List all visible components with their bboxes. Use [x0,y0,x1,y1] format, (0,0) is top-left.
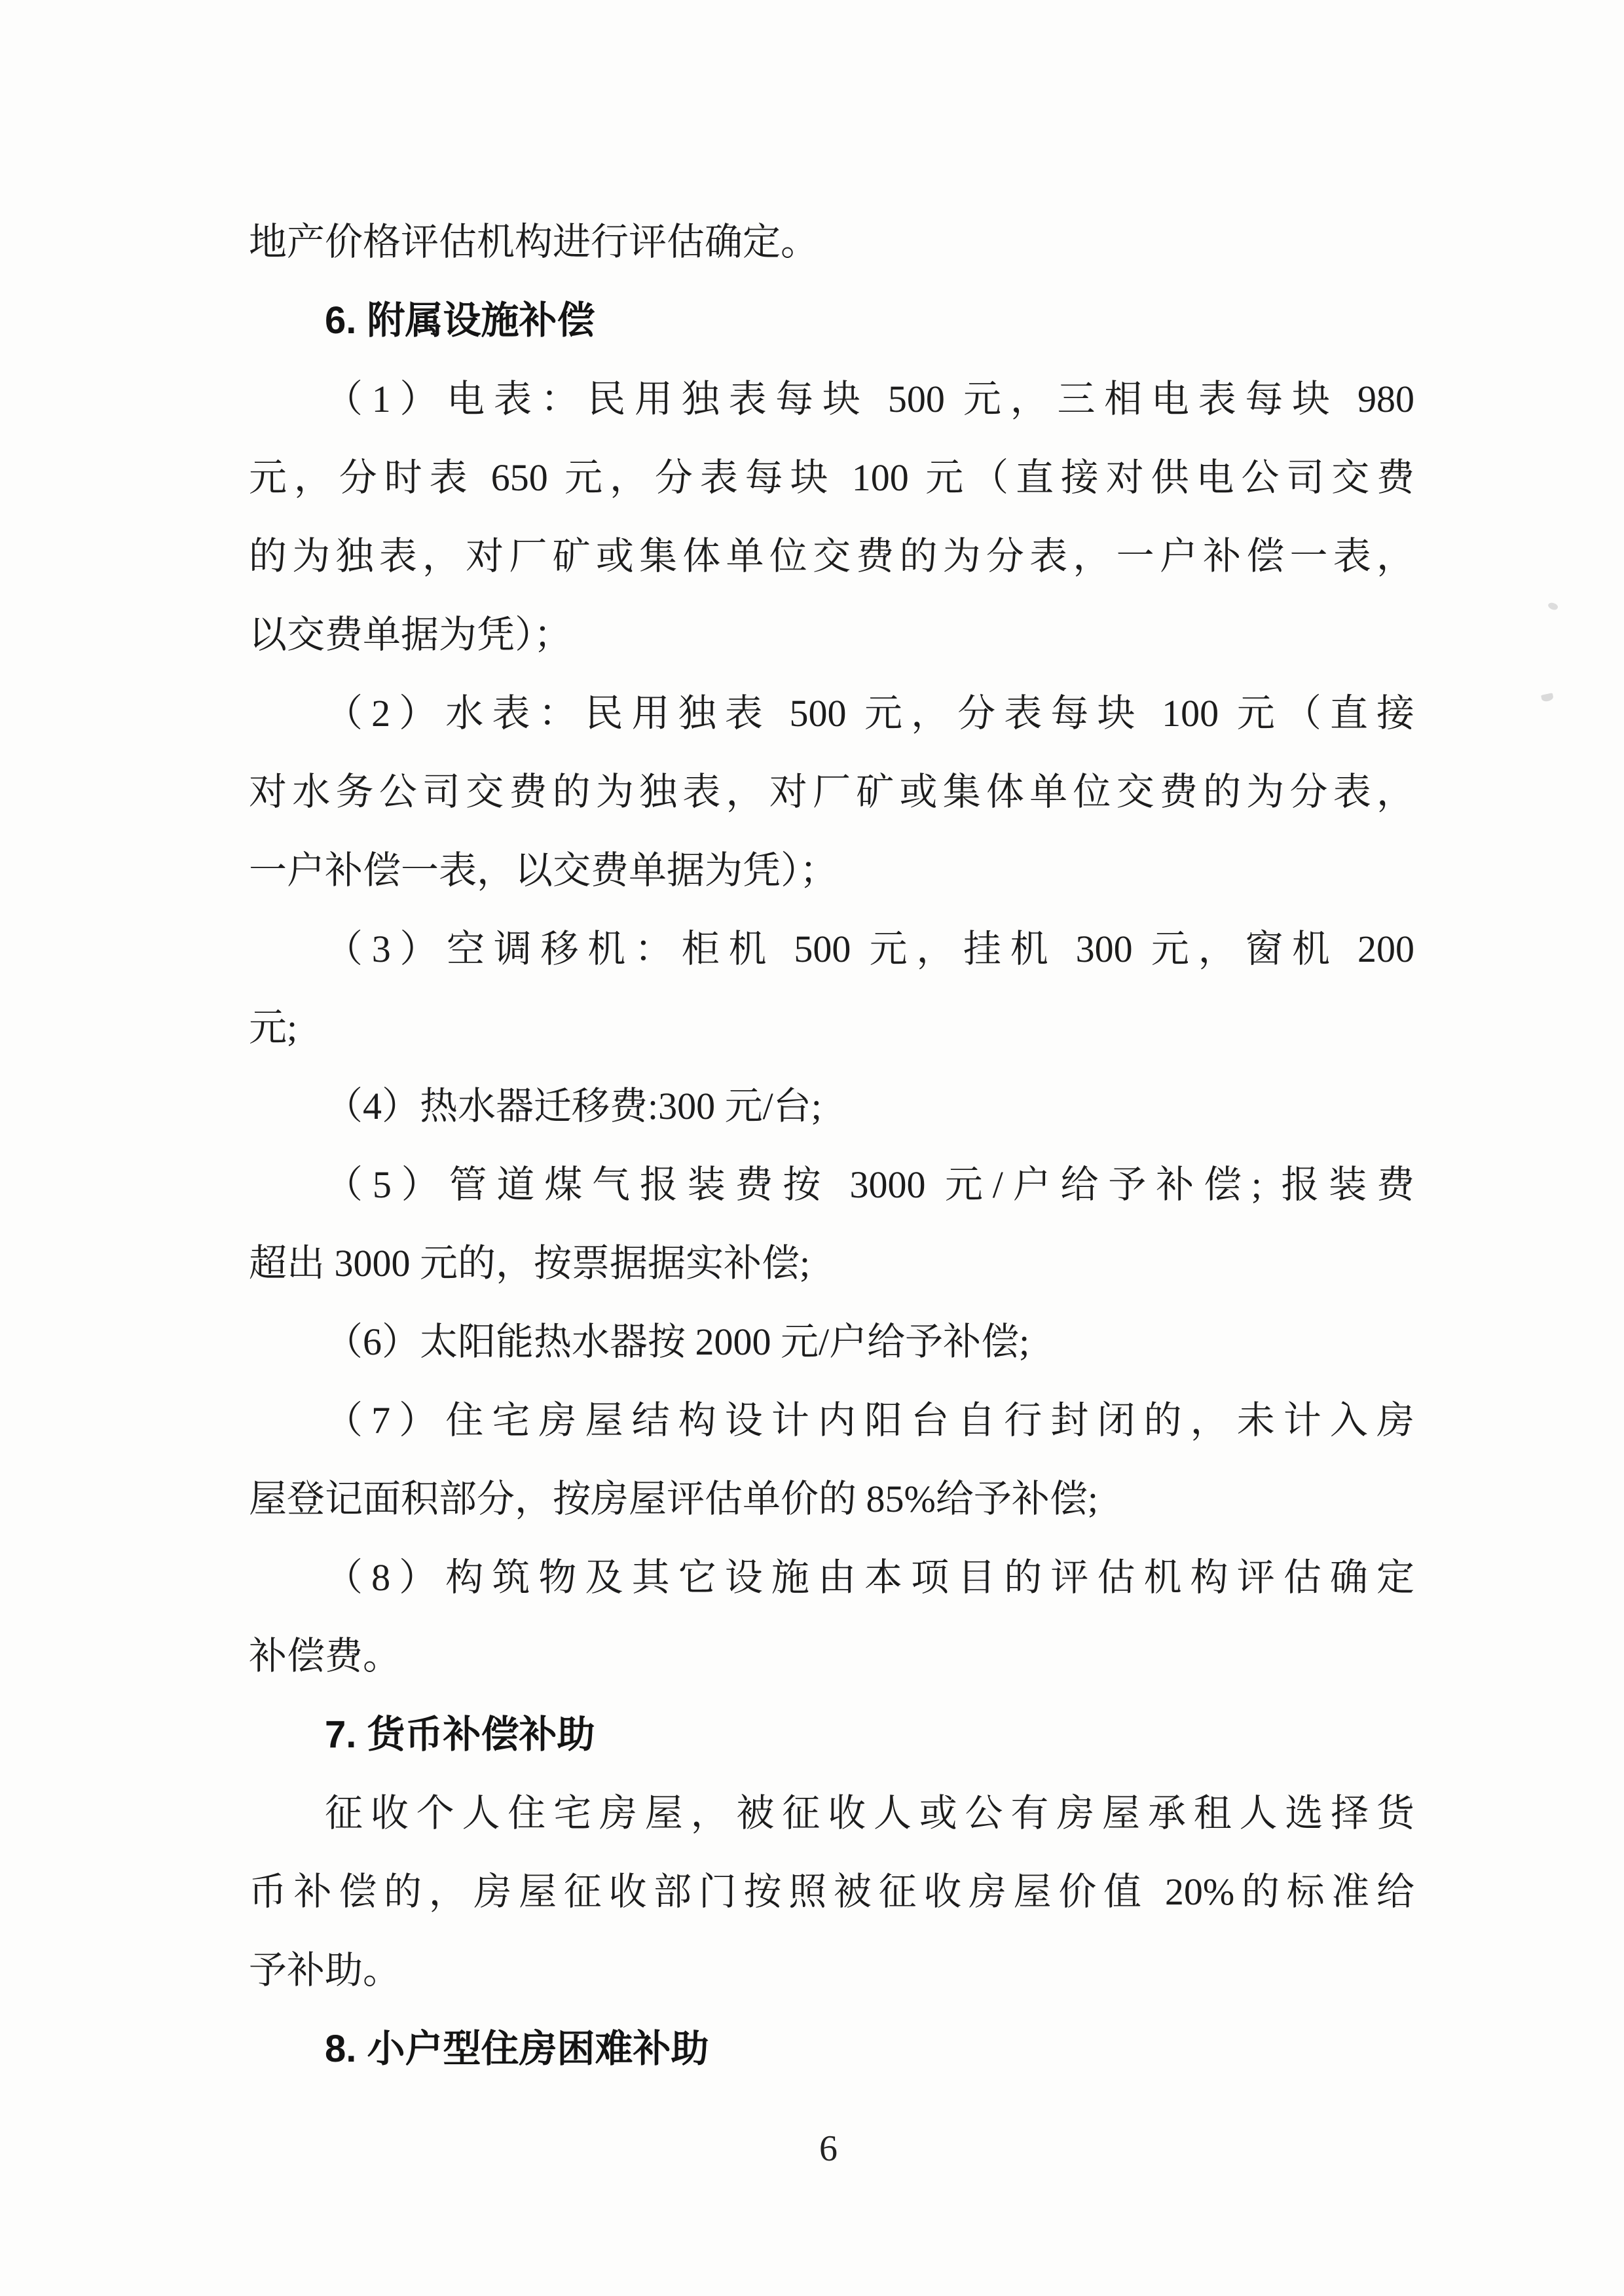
text-line: 元; [249,989,1414,1067]
text-line: （1）电表：民用独表每块 500 元，三相电表每块 980 [249,360,1414,439]
text-line: （4）热水器迁移费:300 元/台; [249,1067,1414,1146]
text-line: （2）水表：民用独表 500 元，分表每块 100 元（直接 [249,674,1414,753]
text-line: （6）太阳能热水器按 2000 元/户给予补偿; [249,1303,1414,1381]
text-line: （3）空调移机：柜机 500 元，挂机 300 元，窗机 200 [249,910,1414,989]
text-line: 一户补偿一表，以交费单据为凭）； [249,831,1414,910]
section-heading-6: 6. 附属设施补偿 [249,282,1414,360]
scan-artifact [1547,601,1559,611]
text-line: 元，分时表 650 元，分表每块 100 元（直接对供电公司交费 [249,439,1414,517]
section-heading-7: 7. 货币补偿补助 [249,1696,1414,1774]
scan-artifact [1541,693,1554,702]
text-line: 屋登记面积部分，按房屋评估单价的 85%给予补偿; [249,1460,1414,1539]
text-line: 超出 3000 元的，按票据据实补偿; [249,1224,1414,1303]
text-line: 补偿费。 [249,1617,1414,1696]
text-line: （8）构筑物及其它设施由本项目的评估机构评估确定 [249,1539,1414,1617]
text-line: 对水务公司交费的为独表，对厂矿或集体单位交费的为分表， [249,753,1414,831]
text-line: 的为独表，对厂矿或集体单位交费的为分表，一户补偿一表， [249,517,1414,596]
text-line: 予补助。 [249,1931,1414,2010]
scanned-document-page: 地产价格评估机构进行评估确定。 6. 附属设施补偿 （1）电表：民用独表每块 5… [0,0,1624,2296]
text-line: （7）住宅房屋结构设计内阳台自行封闭的，未计入房 [249,1381,1414,1460]
text-line: 地产价格评估机构进行评估确定。 [249,203,1414,282]
text-line: 以交费单据为凭）； [249,596,1414,674]
text-line: 币补偿的，房屋征收部门按照被征收房屋价值 20%的标准给 [249,1853,1414,1931]
section-heading-8: 8. 小户型住房困难补助 [249,2010,1414,2088]
text-line: 征收个人住宅房屋，被征收人或公有房屋承租人选择货 [249,1774,1414,1853]
page-number: 6 [819,2116,838,2181]
text-line: （5）管道煤气报装费按 3000 元/户给予补偿; 报装费 [249,1146,1414,1224]
